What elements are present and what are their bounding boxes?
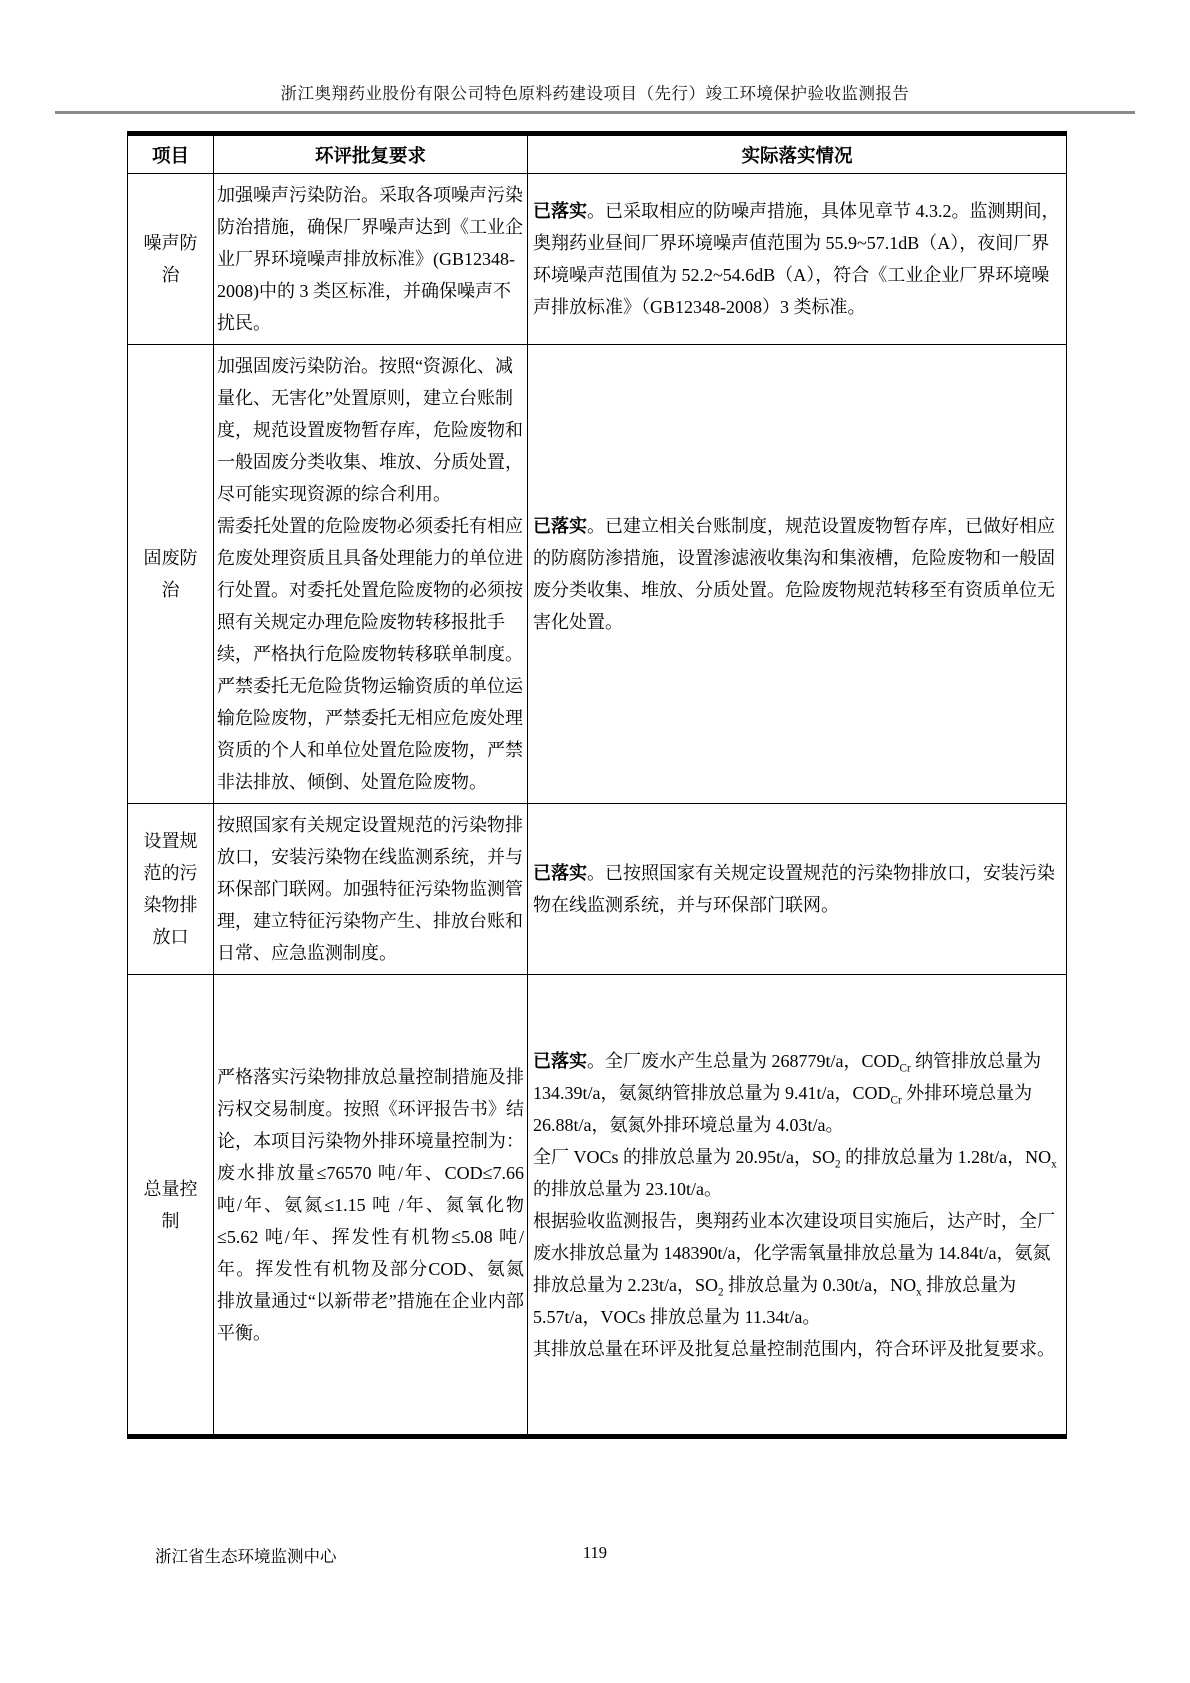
table-row: 固废防治加强固废污染防治。按照“资源化、减量化、无害化”处置原则，建立台账制度，… xyxy=(128,345,1067,804)
paragraph: 按照国家有关规定设置规范的污染物排放口，安装污染物在线监测系统，并与环保部门联网… xyxy=(217,809,524,969)
text-segment: 加强噪声污染防治。采取各项噪声污染防治措施，确保厂界噪声达到《工业企业厂界环境噪… xyxy=(217,185,523,333)
document-page: 浙江奥翔药业股份有限公司特色原料药建设项目（先行）竣工环境保护验收监测报告 项目… xyxy=(0,0,1190,1683)
text-segment: 严格落实污染物排放总量控制措施及排污权交易制度。按照《环评报告书》结论，本项目污… xyxy=(217,1067,524,1343)
implementation-cell: 已落实。全厂废水产生总量为 268779t/a，CODCr 纳管排放总量为 13… xyxy=(528,975,1067,1437)
table-row: 总量控制严格落实污染物排放总量控制措施及排污权交易制度。按照《环评报告书》结论，… xyxy=(128,975,1067,1437)
table-row: 设置规范的污染物排放口按照国家有关规定设置规范的污染物排放口，安装污染物在线监测… xyxy=(128,804,1067,975)
header-divider xyxy=(55,111,1135,114)
table-row: 噪声防治加强噪声污染防治。采取各项噪声污染防治措施，确保厂界噪声达到《工业企业厂… xyxy=(128,174,1067,345)
requirement-cell: 加强固废污染防治。按照“资源化、减量化、无害化”处置原则，建立台账制度，规范设置… xyxy=(214,345,528,804)
text-segment: 的排放总量为 23.10t/a。 xyxy=(533,1179,722,1199)
column-header-requirement: 环评批复要求 xyxy=(214,134,528,174)
requirement-cell: 加强噪声污染防治。采取各项噪声污染防治措施，确保厂界噪声达到《工业企业厂界环境噪… xyxy=(214,174,528,345)
text-segment: 按照国家有关规定设置规范的污染物排放口，安装污染物在线监测系统，并与环保部门联网… xyxy=(217,815,523,963)
text-segment: 需委托处置的危险废物必须委托有相应危废处理资质且具备处理能力的单位进行处置。对委… xyxy=(217,516,523,792)
paragraph: 已落实。已采取相应的防噪声措施，具体见章节 4.3.2。监测期间，奥翔药业昼间厂… xyxy=(533,195,1061,323)
implementation-cell: 已落实。已按照国家有关规定设置规范的污染物排放口，安装污染物在线监测系统，并与环… xyxy=(528,804,1067,975)
paragraph: 已落实。已按照国家有关规定设置规范的污染物排放口，安装污染物在线监测系统，并与环… xyxy=(533,857,1061,921)
text-segment: 已落实 xyxy=(533,516,587,536)
requirement-cell: 严格落实污染物排放总量控制措施及排污权交易制度。按照《环评报告书》结论，本项目污… xyxy=(214,975,528,1437)
footer-organization: 浙江省生态环境监测中心 xyxy=(155,1543,337,1567)
text-segment: 已落实 xyxy=(533,1051,587,1071)
text-segment: 已落实 xyxy=(533,201,587,221)
compliance-table: 项目 环评批复要求 实际落实情况 噪声防治加强噪声污染防治。采取各项噪声污染防治… xyxy=(127,131,1067,1439)
row-item-label: 设置规范的污染物排放口 xyxy=(128,804,214,975)
paragraph: 其排放总量在环评及批复总量控制范围内，符合环评及批复要求。 xyxy=(533,1333,1061,1365)
row-item-label: 固废防治 xyxy=(128,345,214,804)
text-segment: 其排放总量在环评及批复总量控制范围内，符合环评及批复要求。 xyxy=(533,1339,1055,1359)
paragraph: 严格落实污染物排放总量控制措施及排污权交易制度。按照《环评报告书》结论，本项目污… xyxy=(217,1061,524,1349)
text-segment: x xyxy=(1051,1158,1057,1170)
text-segment: Cr xyxy=(891,1094,902,1106)
paragraph: 加强固废污染防治。按照“资源化、减量化、无害化”处置原则，建立台账制度，规范设置… xyxy=(217,350,524,510)
paragraph: 根据验收监测报告，奥翔药业本次建设项目实施后，达产时，全厂废水排放总量为 148… xyxy=(533,1205,1061,1333)
text-segment: 排放总量为 0.30t/a，NO xyxy=(724,1275,917,1295)
running-header-title: 浙江奥翔药业股份有限公司特色原料药建设项目（先行）竣工环境保护验收监测报告 xyxy=(55,80,1135,104)
column-header-item: 项目 xyxy=(128,134,214,174)
text-segment: 加强固废污染防治。按照“资源化、减量化、无害化”处置原则，建立台账制度，规范设置… xyxy=(217,356,523,504)
text-segment: 。已建立相关台账制度，规范设置废物暂存库，已做好相应的防腐防渗措施，设置渗滤液收… xyxy=(533,516,1055,632)
text-segment: 。已采取相应的防噪声措施，具体见章节 4.3.2。监测期间，奥翔药业昼间厂界环境… xyxy=(533,201,1060,317)
requirement-cell: 按照国家有关规定设置规范的污染物排放口，安装污染物在线监测系统，并与环保部门联网… xyxy=(214,804,528,975)
paragraph: 已落实。已建立相关台账制度，规范设置废物暂存库，已做好相应的防腐防渗措施，设置渗… xyxy=(533,510,1061,638)
text-segment: 。全厂废水产生总量为 268779t/a，COD xyxy=(587,1051,900,1071)
column-header-implementation: 实际落实情况 xyxy=(528,134,1067,174)
row-item-label: 噪声防治 xyxy=(128,174,214,345)
row-item-label: 总量控制 xyxy=(128,975,214,1437)
paragraph: 需委托处置的危险废物必须委托有相应危废处理资质且具备处理能力的单位进行处置。对委… xyxy=(217,510,524,798)
paragraph: 全厂 VOCs 的排放总量为 20.95t/a，SO2 的排放总量为 1.28t… xyxy=(533,1141,1061,1205)
implementation-cell: 已落实。已建立相关台账制度，规范设置废物暂存库，已做好相应的防腐防渗措施，设置渗… xyxy=(528,345,1067,804)
table-header-row: 项目 环评批复要求 实际落实情况 xyxy=(128,134,1067,174)
text-segment: 。已按照国家有关规定设置规范的污染物排放口，安装污染物在线监测系统，并与环保部门… xyxy=(533,863,1055,915)
text-segment: 已落实 xyxy=(533,863,587,883)
paragraph: 已落实。全厂废水产生总量为 268779t/a，CODCr 纳管排放总量为 13… xyxy=(533,1045,1061,1141)
implementation-cell: 已落实。已采取相应的防噪声措施，具体见章节 4.3.2。监测期间，奥翔药业昼间厂… xyxy=(528,174,1067,345)
text-segment: 全厂 VOCs 的排放总量为 20.95t/a，SO xyxy=(533,1147,835,1167)
footer-page-number: 119 xyxy=(545,1543,645,1563)
paragraph: 加强噪声污染防治。采取各项噪声污染防治措施，确保厂界噪声达到《工业企业厂界环境噪… xyxy=(217,179,524,339)
text-segment: Cr xyxy=(900,1062,911,1074)
text-segment: 的排放总量为 1.28t/a，NO xyxy=(841,1147,1052,1167)
